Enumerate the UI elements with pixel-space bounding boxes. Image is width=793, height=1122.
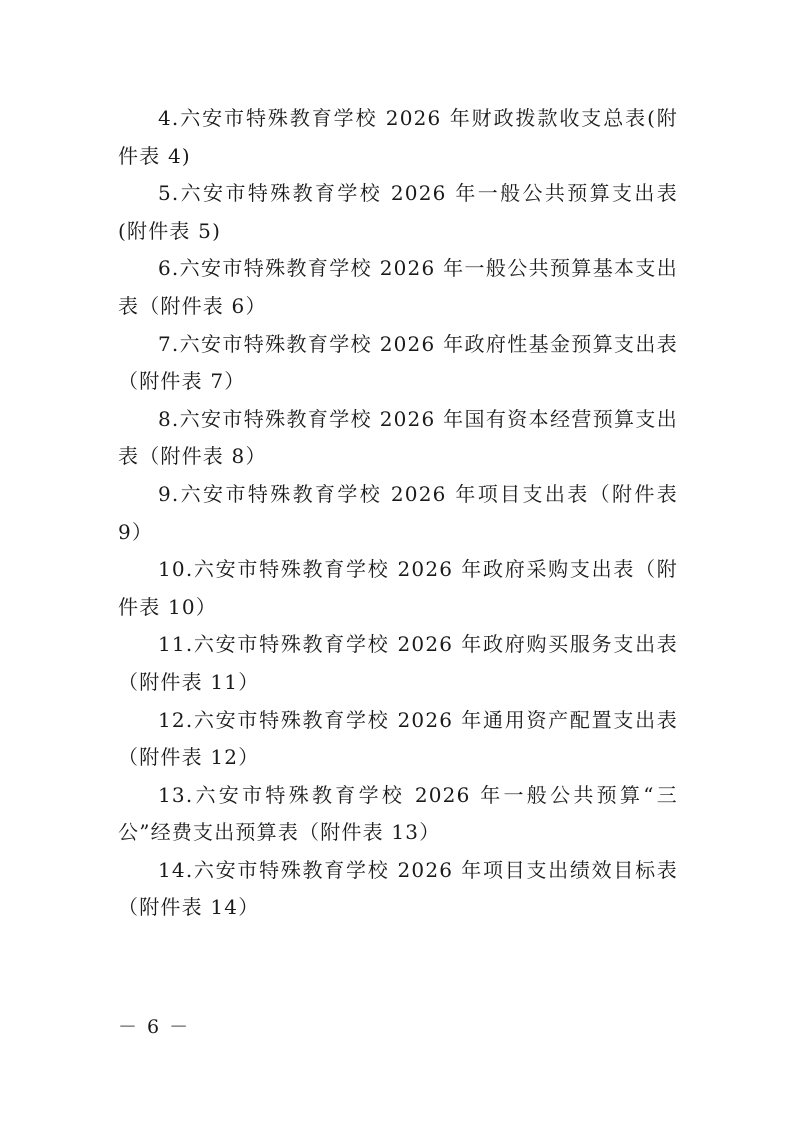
list-item: 11.六安市特殊教育学校 2026 年政府购买服务支出表（附件表 11） — [118, 626, 678, 701]
list-item: 8.六安市特殊教育学校 2026 年国有资本经营预算支出表（附件表 8） — [118, 401, 678, 476]
document-page: 4.六安市特殊教育学校 2026 年财政拨款收支总表(附件表 4) 5.六安市特… — [0, 0, 793, 1122]
list-item: 7.六安市特殊教育学校 2026 年政府性基金预算支出表（附件表 7） — [118, 326, 678, 401]
list-item: 4.六安市特殊教育学校 2026 年财政拨款收支总表(附件表 4) — [118, 100, 678, 175]
list-item: 12.六安市特殊教育学校 2026 年通用资产配置支出表（附件表 12） — [118, 702, 678, 777]
list-item: 5.六安市特殊教育学校 2026 年一般公共预算支出表(附件表 5) — [118, 175, 678, 250]
attachment-list: 4.六安市特殊教育学校 2026 年财政拨款收支总表(附件表 4) 5.六安市特… — [118, 100, 678, 927]
list-item: 10.六安市特殊教育学校 2026 年政府采购支出表（附件表 10） — [118, 551, 678, 626]
list-item: 6.六安市特殊教育学校 2026 年一般公共预算基本支出表（附件表 6） — [118, 250, 678, 325]
page-number: － 6 － — [118, 1012, 190, 1039]
list-item: 9.六安市特殊教育学校 2026 年项目支出表（附件表 9） — [118, 476, 678, 551]
list-item: 14.六安市特殊教育学校 2026 年项目支出绩效目标表（附件表 14） — [118, 852, 678, 927]
list-item: 13.六安市特殊教育学校 2026 年一般公共预算“三公”经费支出预算表（附件表… — [118, 777, 678, 852]
